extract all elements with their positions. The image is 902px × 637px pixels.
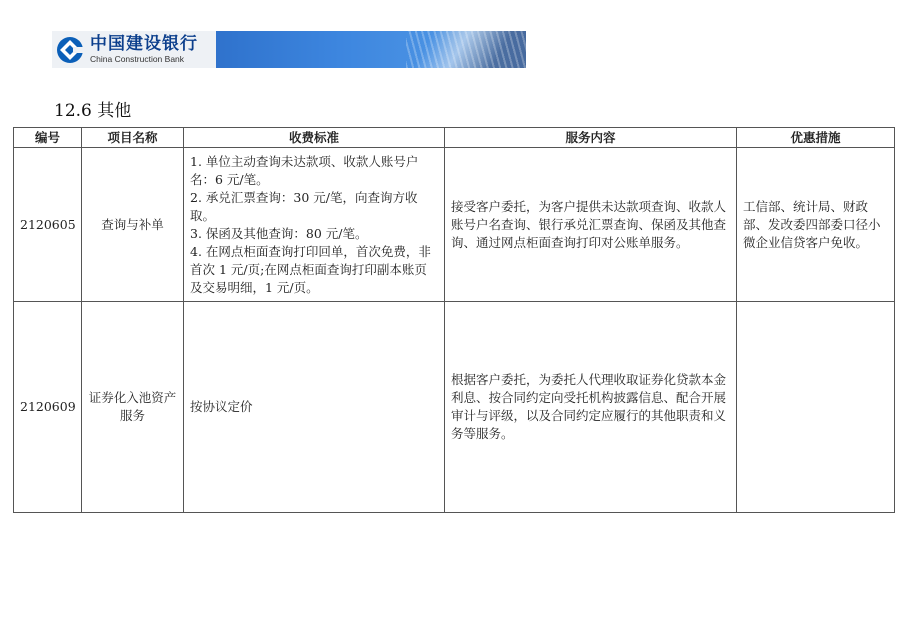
cell-service: 接受客户委托，为客户提供未达款项查询、收款人账号户名查询、银行承兑汇票查询、保函… [445, 148, 737, 302]
column-header-discount: 优惠措施 [737, 128, 895, 148]
cell-discount: 工信部、统计局、财政部、发改委四部委口径小微企业信贷客户免收。 [737, 148, 895, 302]
standard-item: 2. 承兑汇票查询：30 元/笔，向查询方收取。 [190, 189, 438, 225]
standard-item: 3. 保函及其他查询：80 元/笔。 [190, 225, 438, 243]
cell-name: 查询与补单 [82, 148, 184, 302]
banner-image [216, 31, 526, 68]
section-title: 12.6 其他 [54, 96, 131, 121]
ccb-logo-icon [56, 36, 84, 64]
table-header-row: 编号 项目名称 收费标准 服务内容 优惠措施 [14, 128, 895, 148]
column-header-service: 服务内容 [445, 128, 737, 148]
standard-item: 按协议定价 [190, 398, 438, 416]
cell-discount [737, 302, 895, 513]
column-header-standard: 收费标准 [184, 128, 445, 148]
cell-code: 2120609 [14, 302, 82, 513]
standard-item: 4. 在网点柜面查询打印回单，首次免费，非首次 1 元/页;在网点柜面查询打印副… [190, 243, 438, 297]
building-graphic [406, 31, 526, 68]
bank-logo: 中国建设银行 China Construction Bank [52, 31, 216, 68]
bank-header-banner: 中国建设银行 China Construction Bank [52, 31, 526, 68]
logo-english-name: China Construction Bank [90, 55, 198, 64]
column-header-code: 编号 [14, 128, 82, 148]
cell-service: 根据客户委托，为委托人代理收取证券化贷款本金利息、按合同约定向受托机构披露信息、… [445, 302, 737, 513]
table-row: 2120609 证券化入池资产服务 按协议定价 根据客户委托，为委托人代理收取证… [14, 302, 895, 513]
cell-name: 证券化入池资产服务 [82, 302, 184, 513]
cell-code: 2120605 [14, 148, 82, 302]
standard-item: 1. 单位主动查询未达款项、收款人账号户名：6 元/笔。 [190, 153, 438, 189]
fee-table: 编号 项目名称 收费标准 服务内容 优惠措施 2120605 查询与补单 1. … [13, 127, 895, 513]
cell-standard: 1. 单位主动查询未达款项、收款人账号户名：6 元/笔。 2. 承兑汇票查询：3… [184, 148, 445, 302]
column-header-name: 项目名称 [82, 128, 184, 148]
cell-standard: 按协议定价 [184, 302, 445, 513]
logo-chinese-name: 中国建设银行 [90, 36, 198, 53]
table-row: 2120605 查询与补单 1. 单位主动查询未达款项、收款人账号户名：6 元/… [14, 148, 895, 302]
